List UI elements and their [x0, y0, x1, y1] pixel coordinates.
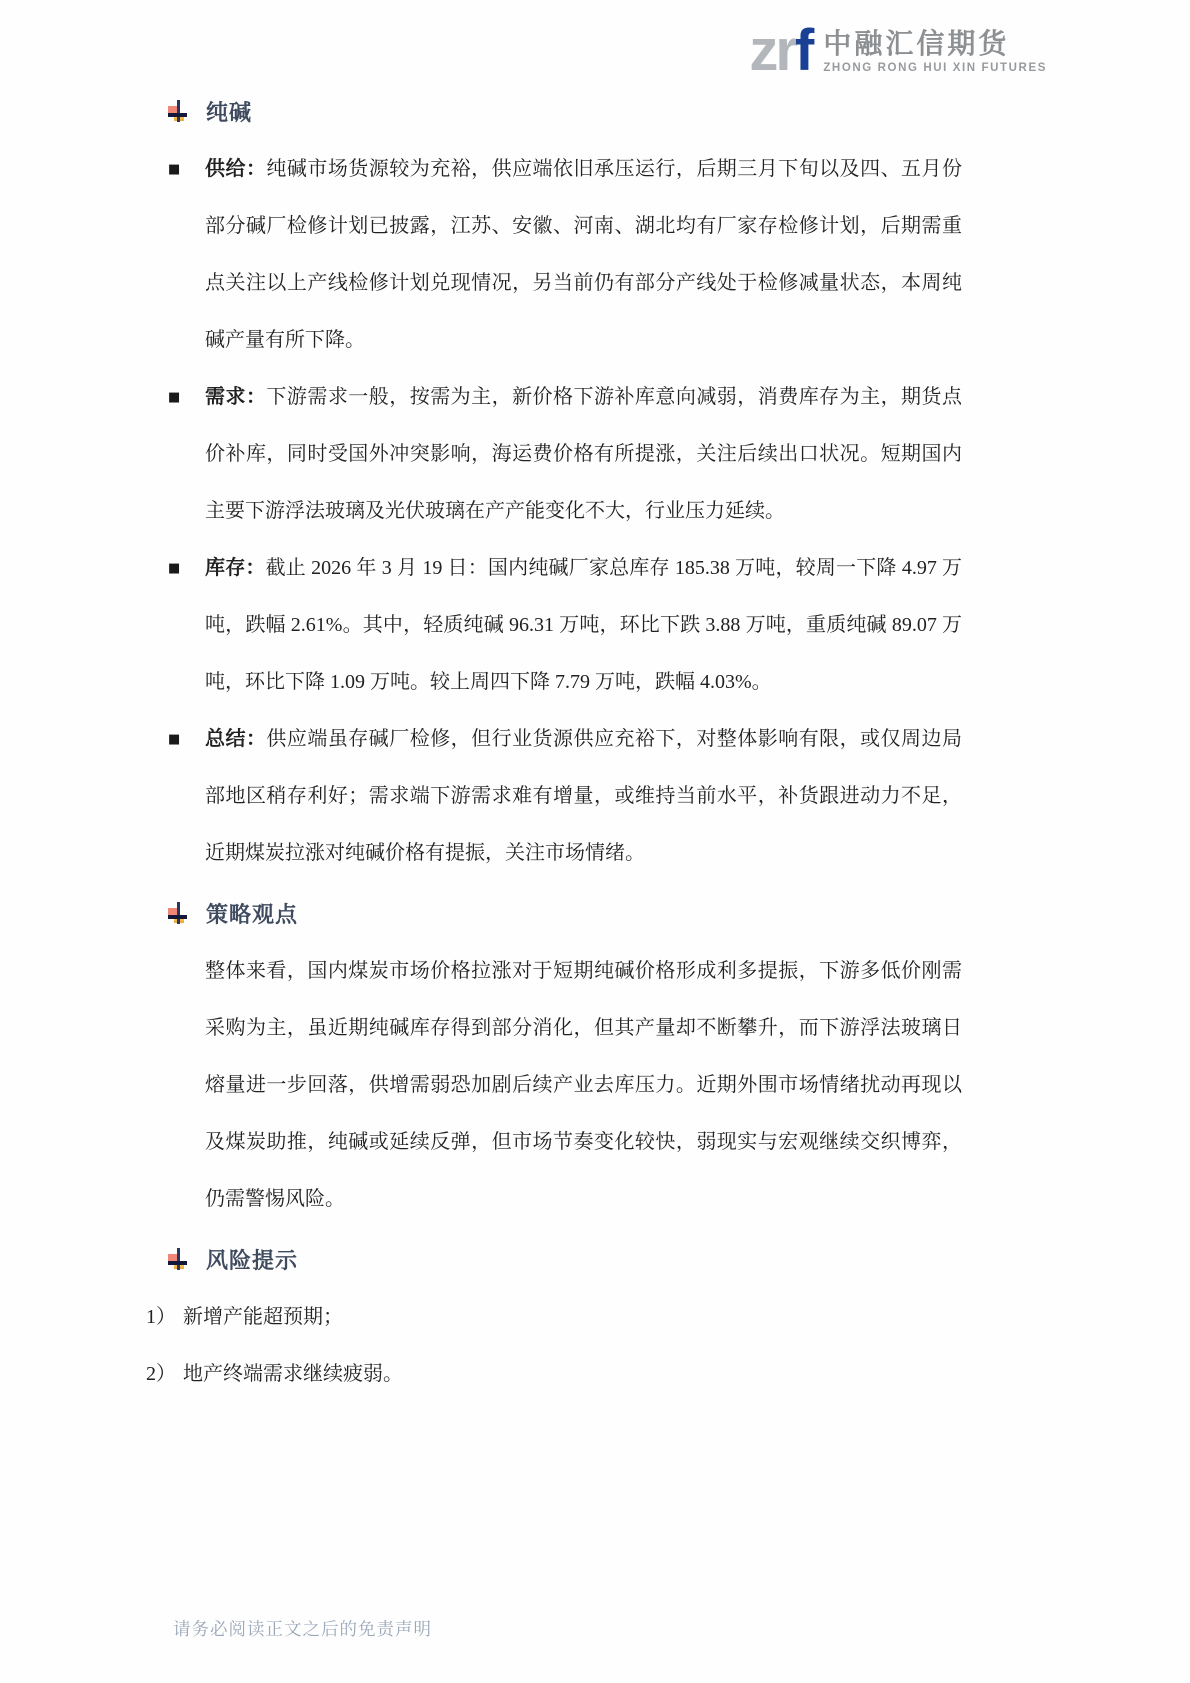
bullet-summary-body: 供应端虽存碱厂检修，但行业货源供应充裕下，对整体影响有限，或仅周边局部地区稍存利…	[205, 728, 962, 864]
section-header-strategy: 策略观点	[168, 898, 962, 929]
bullet-summary-text: 总结：供应端虽存碱厂检修，但行业货源供应充裕下，对整体影响有限，或仅周边局部地区…	[205, 711, 962, 882]
company-name-cn: 中融汇信期货	[823, 29, 1047, 59]
section-flag-icon	[168, 902, 189, 926]
section-title-risk: 风险提示	[206, 1244, 298, 1275]
bullet-summary: ■ 总结：供应端虽存碱厂检修，但行业货源供应充裕下，对整体影响有限，或仅周边局部…	[168, 711, 962, 882]
risk-item-1: 1） 新增产能超预期；	[168, 1289, 962, 1346]
company-name-en: ZHONG RONG HUI XIN FUTURES	[823, 62, 1047, 74]
bullet-demand-body: 下游需求一般，按需为主，新价格下游补库意向减弱，消费库存为主，期货点价补库，同时…	[205, 386, 962, 522]
square-bullet-icon: ■	[168, 369, 205, 540]
logo-text: 中融汇信期货 ZHONG RONG HUI XIN FUTURES	[823, 29, 1047, 74]
bullet-supply: ■ 供给：纯碱市场货源较为充裕，供应端依旧承压运行，后期三月下旬以及四、五月份部…	[168, 141, 962, 369]
bullet-demand: ■ 需求：下游需求一般，按需为主，新价格下游补库意向减弱，消费库存为主，期货点价…	[168, 369, 962, 540]
section-header-risk: 风险提示	[168, 1244, 962, 1275]
risk-item-2: 2） 地产终端需求继续疲弱。	[168, 1346, 962, 1403]
square-bullet-icon: ■	[168, 711, 205, 882]
bullet-demand-label: 需求：	[205, 386, 266, 408]
bullet-summary-label: 总结：	[205, 728, 266, 750]
report-page: zrf 中融汇信期货 ZHONG RONG HUI XIN FUTURES 纯碱…	[0, 0, 1190, 1683]
bullet-inventory-body: 截止 2026 年 3 月 19 日：国内纯碱厂家总库存 185.38 万吨，较…	[205, 557, 962, 693]
section-flag-icon	[168, 1248, 189, 1272]
bullet-supply-label: 供给：	[205, 158, 266, 180]
square-bullet-icon: ■	[168, 141, 205, 369]
bullet-inventory-text: 库存：截止 2026 年 3 月 19 日：国内纯碱厂家总库存 185.38 万…	[205, 540, 962, 711]
section-flag-icon	[168, 100, 189, 124]
bullet-supply-text: 供给：纯碱市场货源较为充裕，供应端依旧承压运行，后期三月下旬以及四、五月份部分碱…	[205, 141, 962, 369]
logo-zrf-icon: zrf	[749, 20, 811, 82]
risk-item-2-number: 2）	[146, 1346, 183, 1403]
bullet-inventory-label: 库存：	[205, 557, 266, 579]
bullet-supply-body: 纯碱市场货源较为充裕，供应端依旧承压运行，后期三月下旬以及四、五月份部分碱厂检修…	[205, 158, 962, 351]
bullet-demand-text: 需求：下游需求一般，按需为主，新价格下游补库意向减弱，消费库存为主，期货点价补库…	[205, 369, 962, 540]
company-logo: zrf 中融汇信期货 ZHONG RONG HUI XIN FUTURES	[749, 20, 1047, 82]
strategy-paragraph: 整体来看，国内煤炭市场价格拉涨对于短期纯碱价格形成利多提振，下游多低价刚需采购为…	[205, 943, 962, 1228]
logo-letters-zr: zr	[749, 18, 795, 83]
footer-disclaimer: 请务必阅读正文之后的免责声明	[173, 1616, 432, 1641]
square-bullet-icon: ■	[168, 540, 205, 711]
section-title-soda: 纯碱	[206, 96, 252, 127]
report-body: 纯碱 ■ 供给：纯碱市场货源较为充裕，供应端依旧承压运行，后期三月下旬以及四、五…	[168, 96, 962, 1403]
bullet-inventory: ■ 库存：截止 2026 年 3 月 19 日：国内纯碱厂家总库存 185.38…	[168, 540, 962, 711]
section-header-soda: 纯碱	[168, 96, 962, 127]
risk-item-1-number: 1）	[146, 1289, 183, 1346]
logo-letter-f: f	[795, 18, 811, 83]
risk-item-2-text: 地产终端需求继续疲弱。	[183, 1346, 403, 1403]
risk-item-1-text: 新增产能超预期；	[183, 1289, 343, 1346]
section-title-strategy: 策略观点	[206, 898, 298, 929]
